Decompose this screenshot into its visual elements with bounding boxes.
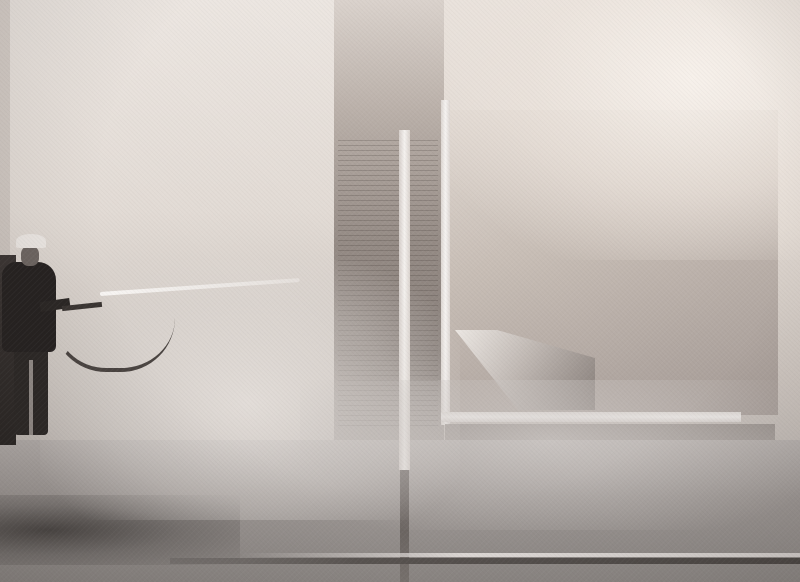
firefighter-helmet — [16, 234, 46, 248]
photograph: Black-and-white photograph of a firefigh… — [0, 0, 800, 582]
firefighter-head — [21, 246, 39, 266]
firefighter-leg-gap — [29, 360, 33, 435]
curb — [170, 558, 800, 564]
curb-highlight — [240, 553, 800, 557]
smoke-glow — [440, 0, 800, 260]
smoke-cloud-lower — [300, 380, 800, 530]
